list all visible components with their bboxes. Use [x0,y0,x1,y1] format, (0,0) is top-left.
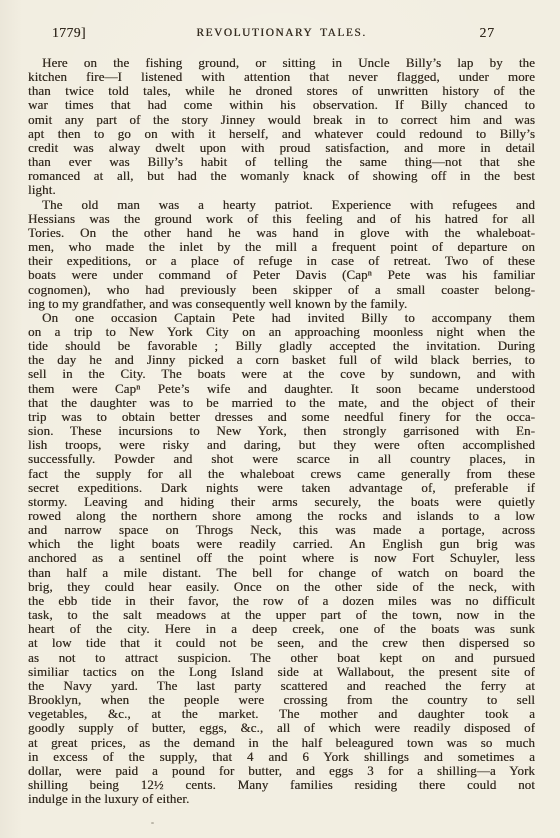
text-line: The old man was a hearty patriot. Experi… [28,198,535,212]
text-line: them were Capⁿ Pete’s wife and daughter.… [28,382,535,396]
text-line: cognomen), who had previously been skipp… [28,283,535,297]
paragraph: The old man was a hearty patriot. Experi… [28,198,535,311]
text-line: than half a mile distant. The bell for c… [28,566,535,580]
text-line: their expeditions, or a place of refuge … [28,254,535,268]
text-line: Here on the fishing ground, or sitting i… [28,56,535,70]
text-line: at great prices, as the demand in the ha… [28,736,535,750]
text-line: that the daughter was to be married to t… [28,396,535,410]
text-line: men, who made the inlet by the mill a fr… [28,240,535,254]
text-line: than ever was Billy’s habit of telling t… [28,155,535,169]
text-line: and narrow space on Throgs Neck, this wa… [28,523,535,537]
text-line: shilling being 12½ cents. Many families … [28,778,535,792]
page-body: Here on the fishing ground, or sitting i… [28,56,535,806]
page-header: 1779] REVOLUTIONARY TALES. 27 [28,24,535,41]
text-line: similiar tactics on the Long Island side… [28,665,535,679]
text-line: than twice told tales, while he droned s… [28,84,535,98]
text-line: fact the supply for all the whaleboat cr… [28,467,535,481]
text-line: successfully. Powder and shot were scarc… [28,452,535,466]
text-line: ing to my grandfather, and was consequen… [28,297,535,311]
scan-speck [151,822,154,824]
text-line: Tories. On the other hand he was hand in… [28,226,535,240]
text-line: which the light boats were readily carri… [28,537,535,551]
text-line: the ebb tide in their favor, the row of … [28,594,535,608]
text-line: romanced at all, but had the womanly kna… [28,169,535,183]
text-line: On one occasion Captain Pete had invited… [28,311,535,325]
text-line: as not to attract suspicion. The other b… [28,651,535,665]
text-line: tide should be favorable ; Billy gladly … [28,339,535,353]
year-label: 1779] [52,24,86,41]
text-line: war times that had come within his obser… [28,98,535,112]
text-line: boats were under command of Peter Davis … [28,268,535,282]
text-line: light. [28,183,535,197]
text-line: anchored as a sentinel off the point whe… [28,551,535,565]
text-line: brig, they could hear easily. Once on th… [28,580,535,594]
text-line: apt then to go on with it herself, and w… [28,127,535,141]
page-number: 27 [480,24,496,41]
text-line: in excess of the supply, that 4 and 6 Yo… [28,750,535,764]
text-line: the day he and Jinny picked a corn baske… [28,353,535,367]
text-line: rowed along the northern shore among the… [28,509,535,523]
text-line: lish troops, were risky and daring, but … [28,438,535,452]
text-line: omit any part of the story Jinney would … [28,113,535,127]
running-title: REVOLUTIONARY TALES. [196,25,366,42]
text-line: task, to the salt meadows at the upper p… [28,608,535,622]
text-line: at low tide that it could not be seen, a… [28,636,535,650]
text-line: Brooklyn, when the people were crossing … [28,693,535,707]
text-line: indulge in the luxury of either. [28,792,535,806]
paragraph: On one occasion Captain Pete had invited… [28,311,535,806]
text-line: stormy. Leaving and hiding their arms se… [28,495,535,509]
text-line: the Navy yard. The last party scattered … [28,679,535,693]
text-line: goodly supply of butter, eggs, &c., all … [28,721,535,735]
text-line: vegetables, &c., at the market. The moth… [28,707,535,721]
paragraph: Here on the fishing ground, or sitting i… [28,56,535,198]
text-line: Hessians was the ground work of this fee… [28,212,535,226]
text-line: trip was to obtain better dresses and so… [28,410,535,424]
text-line: dollar, were paid a pound for butter, an… [28,764,535,778]
text-line: sion. These incursions to New York, then… [28,424,535,438]
text-line: on a trip to New York City on an approac… [28,325,535,339]
text-line: sell in the City. The boats were at the … [28,367,535,381]
book-page: 1779] REVOLUTIONARY TALES. 27 Here on th… [0,0,560,838]
text-line: secret expeditions. Dark nights were tak… [28,481,535,495]
text-line: heart of the city. Here in a deep creek,… [28,622,535,636]
text-line: credit was alway dwelt upon with proud s… [28,141,535,155]
text-line: kitchen fire—I listened with attention t… [28,70,535,84]
